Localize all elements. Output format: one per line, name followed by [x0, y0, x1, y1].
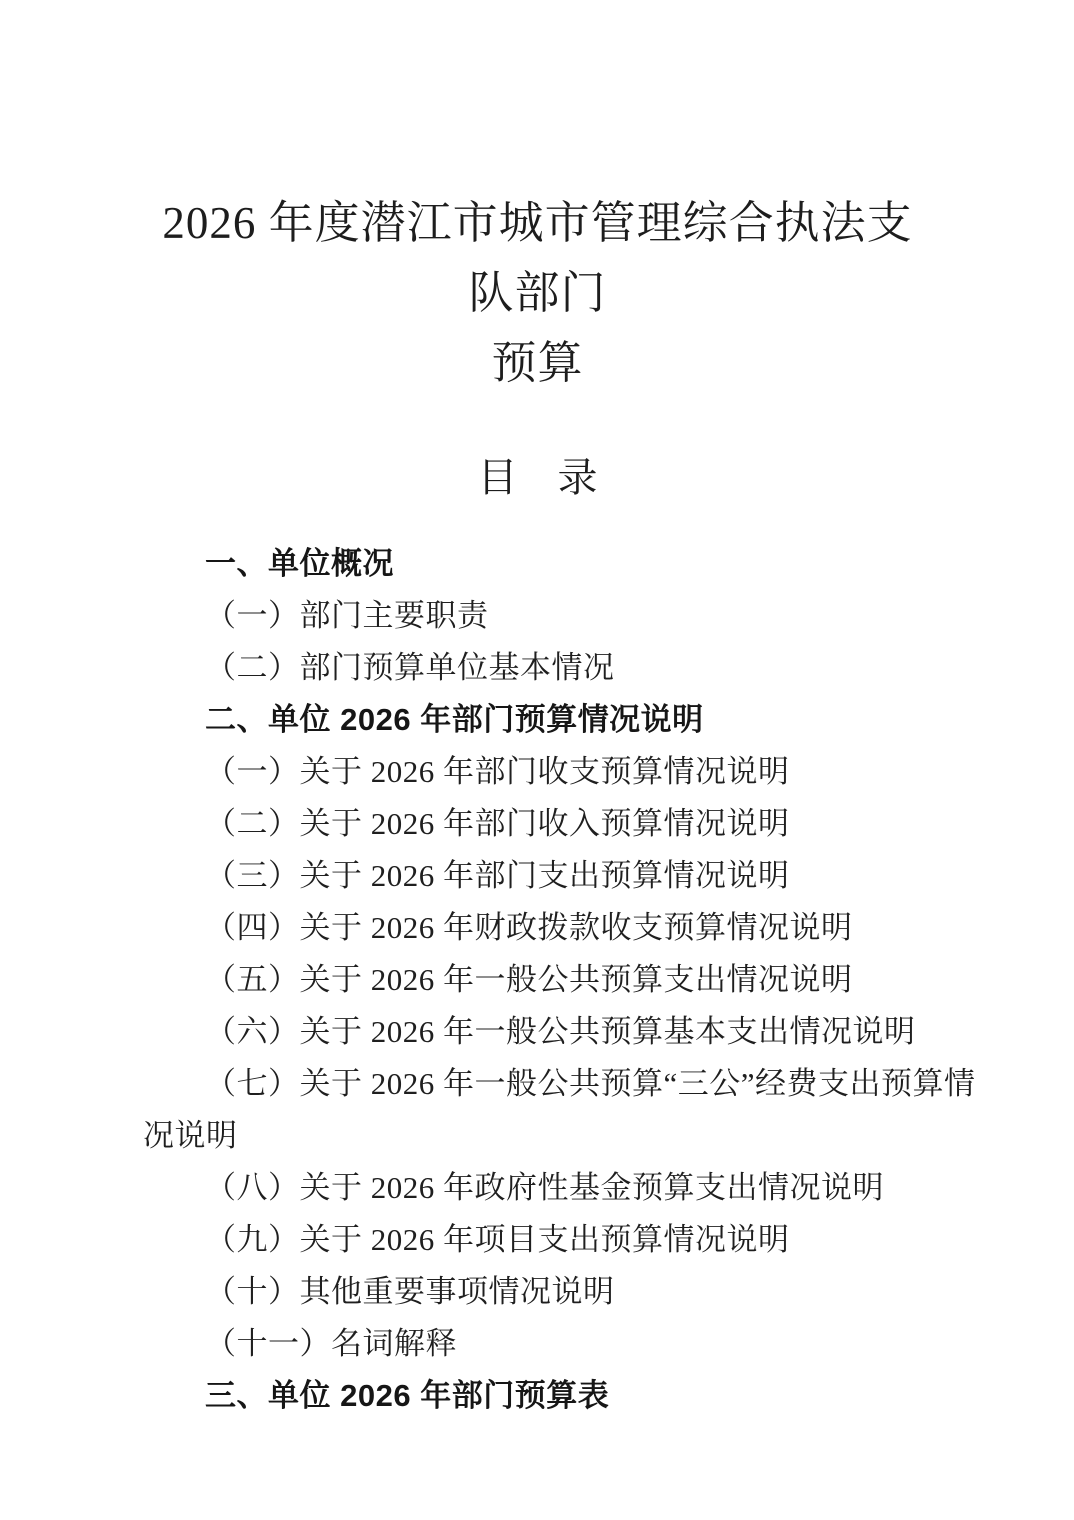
toc-entry-2-6: （六）关于 2026 年一般公共预算基本支出情况说明 — [143, 1006, 932, 1058]
toc-heading: 目 录 — [143, 448, 932, 508]
toc-entry-2-2: （二）关于 2026 年部门收入预算情况说明 — [143, 798, 932, 850]
toc-entry-section-1: 一、单位概况 — [143, 538, 932, 590]
toc-entry-section-2: 二、单位 2026 年部门预算情况说明 — [143, 694, 932, 746]
document-title: 2026 年度潜江市城市管理综合执法支队部门 预算 — [143, 188, 932, 398]
document-page: 2026 年度潜江市城市管理综合执法支队部门 预算 目 录 一、单位概况 （一）… — [0, 0, 1074, 1520]
document-title-line-1: 2026 年度潜江市城市管理综合执法支队部门 — [143, 188, 932, 328]
toc-entry-2-11: （十一）名词解释 — [143, 1318, 932, 1370]
toc-entry-2-4: （四）关于 2026 年财政拨款收支预算情况说明 — [143, 902, 932, 954]
toc-entry-2-5: （五）关于 2026 年一般公共预算支出情况说明 — [143, 954, 932, 1006]
toc-entry-section-3: 三、单位 2026 年部门预算表 — [143, 1370, 932, 1422]
toc-entry-2-8: （八）关于 2026 年政府性基金预算支出情况说明 — [143, 1162, 932, 1214]
document-title-line-2: 预算 — [143, 328, 932, 398]
toc-entry-2-3: （三）关于 2026 年部门支出预算情况说明 — [143, 850, 932, 902]
toc-entry-2-10: （十）其他重要事项情况说明 — [143, 1266, 932, 1318]
toc-list: 一、单位概况 （一）部门主要职责 （二）部门预算单位基本情况 二、单位 2026… — [143, 538, 932, 1422]
toc-entry-2-1: （一）关于 2026 年部门收支预算情况说明 — [143, 746, 932, 798]
toc-entry-2-7-line-2: 况说明 — [143, 1110, 932, 1162]
toc-entry-1-1: （一）部门主要职责 — [143, 590, 932, 642]
toc-entry-1-2: （二）部门预算单位基本情况 — [143, 642, 932, 694]
toc-entry-2-9: （九）关于 2026 年项目支出预算情况说明 — [143, 1214, 932, 1266]
toc-entry-2-7-line-1: （七）关于 2026 年一般公共预算“三公”经费支出预算情 — [143, 1058, 932, 1110]
